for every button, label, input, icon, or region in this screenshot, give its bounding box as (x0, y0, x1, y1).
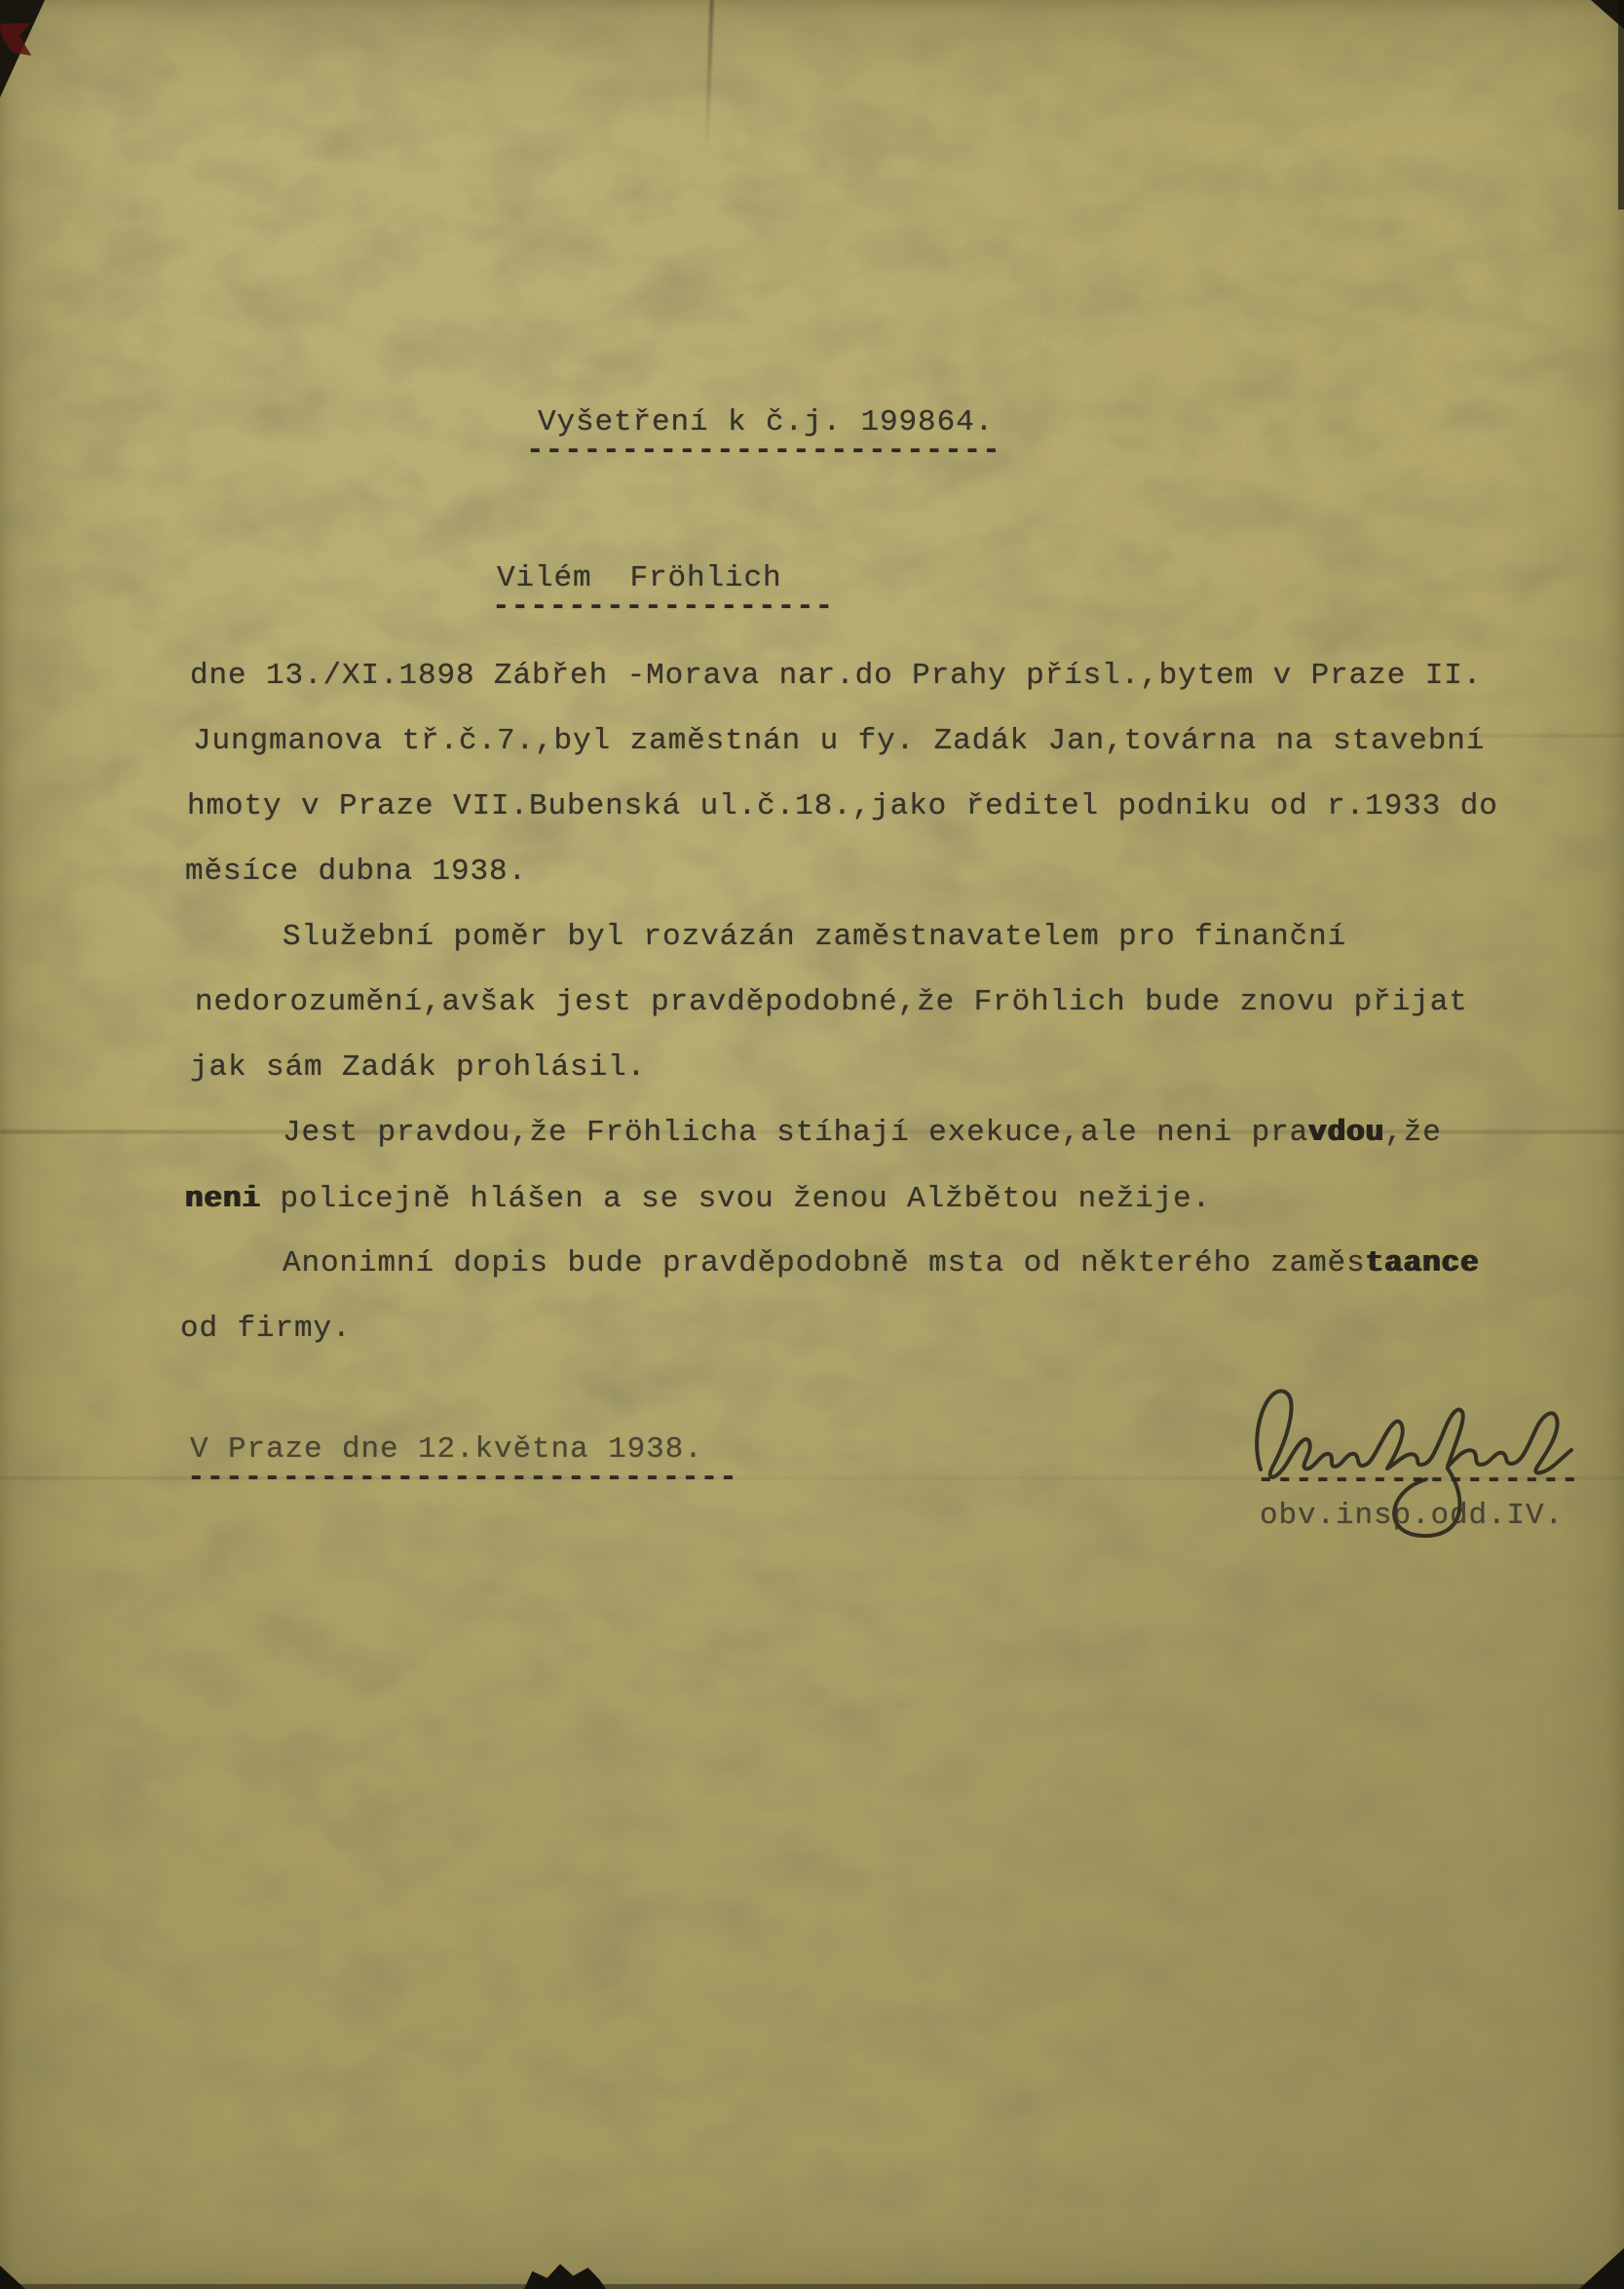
text-segment: Anonimní dopis bude pravděpodobně msta o… (283, 1246, 1366, 1280)
paragraph1-line1: dne 13./XI.1898 Zábřeh -Morava nar.do Pr… (190, 661, 1482, 691)
scan-edge-right (1618, 0, 1624, 210)
paragraph1-line2: Jungmanova tř.č.7.,byl zaměstnán u fy. Z… (193, 726, 1485, 756)
paragraph1-line4: měsíce dubna 1938. (185, 857, 527, 887)
overstruck-text: taance (1366, 1246, 1480, 1280)
scan-corner-bottom-right (1579, 2248, 1624, 2289)
subject-underline: ------------------ (492, 591, 834, 622)
paragraph2-line1: Služební poměr byl rozvázán zaměstnavate… (283, 922, 1346, 952)
fold-crease-vertical (704, 0, 713, 151)
paper-tear (524, 2262, 606, 2289)
text-segment: Jest pravdou,že Fröhlicha stíhají exekuc… (283, 1116, 1308, 1150)
paper-sheet: Vyšetření k č.j. 199864. ---------------… (0, 0, 1624, 2289)
signature-underline: ----------------- (1257, 1465, 1580, 1495)
paragraph2-line2: nedorozumění,avšak jest pravděpodobné,že… (195, 987, 1468, 1017)
paragraph4-line1: Anonimní dopis bude pravděpodobně msta o… (283, 1248, 1480, 1278)
overstruck-text: vdou (1308, 1116, 1384, 1150)
scan-edge-bottom (0, 2284, 1624, 2289)
title-underline: ------------------------- (526, 436, 1001, 466)
overstruck-text: neni (185, 1182, 261, 1216)
text-segment: policejně hlášen a se svou ženou Alžběto… (261, 1182, 1211, 1216)
paragraph4-line2: od firmy. (180, 1314, 352, 1344)
dateline-underline: ----------------------------- (187, 1463, 738, 1493)
scanned-document-page: Vyšetření k č.j. 199864. ---------------… (0, 0, 1624, 2289)
paragraph3-line1: Jest pravdou,že Fröhlicha stíhají exekuc… (283, 1118, 1442, 1148)
paragraph2-line3: jak sám Zadák prohlásil. (190, 1052, 646, 1083)
paragraph1-line3: hmoty v Praze VII.Bubenská ul.č.18.,jako… (187, 791, 1498, 821)
paragraph3-line2: neni policejně hlášen a se svou ženou Al… (185, 1184, 1211, 1214)
signature-title: obv.insp.odd.IV. (1260, 1501, 1564, 1531)
text-segment: ,že (1384, 1116, 1442, 1150)
